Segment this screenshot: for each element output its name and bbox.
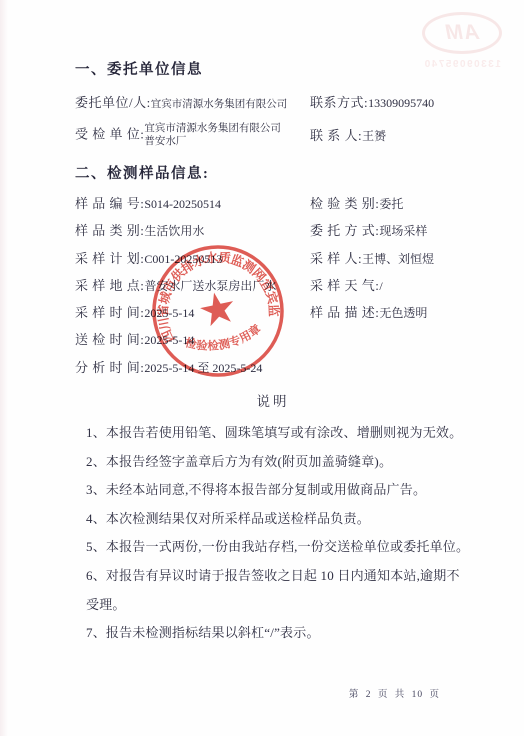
section1-heading: 一、委托单位信息 [75,58,467,79]
sample-field [310,354,467,381]
sample-field: 采 样 人:王博、刘恒煜 [310,245,467,272]
note-item: 5、本报告一式两份,一份由我站存档,一份交送检单位或委托单位。 [75,533,471,562]
sample-field: 采 样 时 间:2025-5-14 [75,299,310,326]
field-value: 2025-5-14 [144,306,194,320]
client-label: 委托单位/人: [75,95,151,110]
contact-person-cell: 联 系 人:王赟 [310,125,467,145]
field-value: / [379,279,382,293]
field-value: 2025-5-14 [144,333,194,347]
sample-info-grid: 样 品 编 号:S014-20250514 检 验 类 别:委托 样 品 类 别… [75,190,467,381]
client-value: 宜宾市清源水务集团有限公司 [151,99,288,110]
page-number-footer: 第 2 页 共 10 页 [349,686,440,700]
field-value: S014-20250514 [144,197,221,211]
field-label: 采 样 天 气: [310,278,379,293]
report-content: 一、委托单位信息 委托单位/人:宜宾市清源水务集团有限公司 联系方式:13309… [75,58,467,381]
sample-field: 样 品 类 别:生活饮用水 [75,217,310,244]
contact-method-label: 联系方式: [310,95,368,110]
note-item: 3、未经本站同意,不得将本报告部分复制或用做商品广告。 [75,476,471,505]
sample-field: 委 托 方 式:现场采样 [310,217,467,244]
note-item: 4、本次检测结果仅对所采样品或送检样品负责。 [75,505,471,534]
notes-heading: 说明 [75,390,471,410]
client-row: 委托单位/人:宜宾市清源水务集团有限公司 联系方式:13309095740 [75,88,467,116]
sample-field [310,326,467,353]
sample-field: 送 检 时 间:2025-5-14 [75,326,310,353]
field-value: C001-20250513 [144,252,222,266]
watermark-logo-text: AM [445,21,480,45]
field-label: 样 品 描 述: [310,305,379,320]
notes-section: 说明 1、本报告若使用铅笔、圆珠笔填写或有涂改、增删则视为无效。 2、本报告经签… [75,390,471,648]
field-label: 送 检 时 间: [75,332,144,347]
field-label: 委 托 方 式: [310,223,379,238]
field-value: 普安水厂送水泵房出厂水 [144,279,276,293]
sample-field: 采 样 地 点:普安水厂送水泵房出厂水 [75,272,310,299]
inspected-unit-label: 受 检 单 位: [75,127,144,142]
field-label: 样 品 类 别: [75,223,144,238]
client-cell: 委托单位/人:宜宾市清源水务集团有限公司 [75,92,310,112]
sample-field: 采 样 计 划:C001-20250513 [75,245,310,272]
field-label: 采 样 地 点: [75,278,144,293]
sample-field: 分 析 时 间:2025-5-14 至 2025-5-24 [75,354,310,381]
field-value: 现场采样 [379,224,427,238]
field-label: 采 样 时 间: [75,305,144,320]
field-label: 采 样 计 划: [75,251,144,266]
note-item: 1、本报告若使用铅笔、圆珠笔填写或有涂改、增删则视为无效。 [75,419,471,448]
field-label: 分 析 时 间: [75,360,144,375]
section2-heading: 二、检测样品信息: [75,162,467,183]
note-item: 6、对报告有异议时请于报告签收之日起 10 日内通知本站,逾期不受理。 [75,562,471,619]
field-label: 样 品 编 号: [75,196,144,211]
field-value: 委托 [379,197,403,211]
field-label: 采 样 人: [310,251,362,266]
inspected-unit-row: 受 检 单 位:宜宾市清源水务集团有限公司普安水厂 联 系 人:王赟 [75,116,467,154]
contact-person-value: 王赟 [362,129,386,143]
contact-method-cell: 联系方式:13309095740 [310,92,467,112]
note-item: 7、报告未检测指标结果以斜杠“/”表示。 [75,619,471,648]
field-value: 2025-5-14 至 2025-5-24 [144,361,262,375]
sample-field: 样 品 编 号:S014-20250514 [75,190,310,217]
contact-method-value: 13309095740 [368,96,434,110]
sample-field: 采 样 天 气:/ [310,272,467,299]
field-value: 生活饮用水 [144,224,204,238]
report-page: AM 13309095740 一、委托单位信息 委托单位/人:宜宾市清源水务集团… [0,0,524,736]
field-label: 检 验 类 别: [310,196,379,211]
sample-field: 检 验 类 别:委托 [310,190,467,217]
inspected-unit-cell: 受 检 单 位:宜宾市清源水务集团有限公司普安水厂 [75,122,310,148]
inspected-unit-line1: 宜宾市清源水务集团有限公司 [144,123,281,134]
note-item: 2、本报告经签字盖章后方为有效(附页加盖骑缝章)。 [75,448,471,477]
watermark-oval-logo-icon: AM [422,12,502,54]
field-value: 无色透明 [379,306,427,320]
inspected-unit-line2: 普安水厂 [144,136,186,147]
contact-person-label: 联 系 人: [310,128,362,143]
field-value: 王博、刘恒煜 [362,252,434,266]
inspected-unit-value: 宜宾市清源水务集团有限公司普安水厂 [144,122,281,148]
sample-field: 样 品 描 述:无色透明 [310,299,467,326]
scan-edge-shadow [0,0,8,736]
